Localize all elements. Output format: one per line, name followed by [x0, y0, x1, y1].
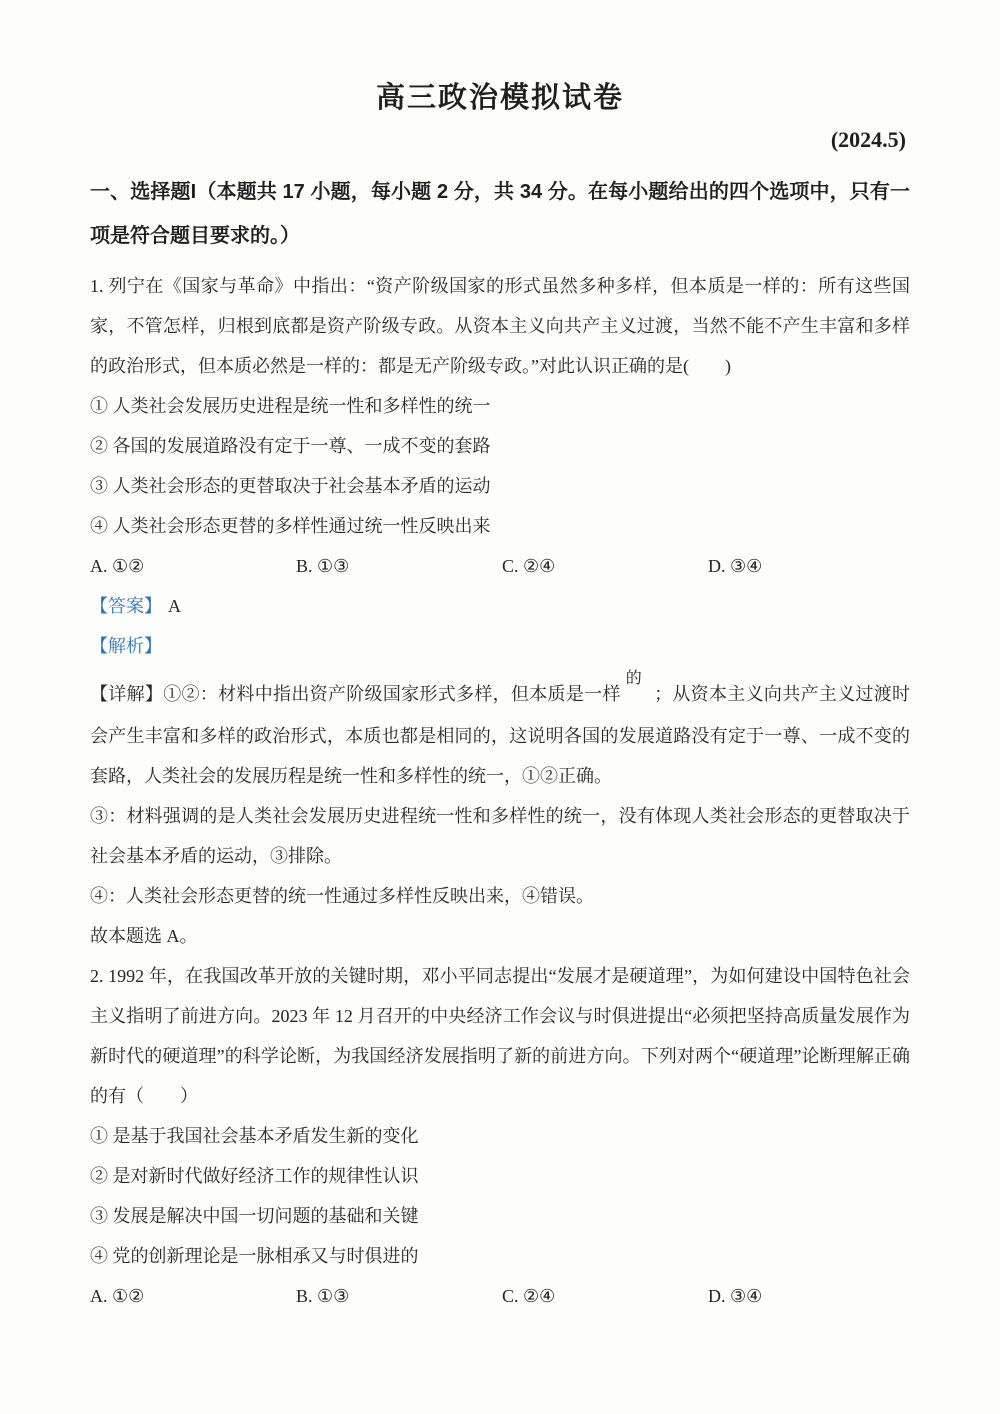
question-1-conclusion: 故本题选 A。 — [90, 916, 910, 956]
question-2-choices-row: A. ①② B. ①③ C. ②④ D. ③④ — [90, 1276, 910, 1316]
question-2-choice-a: A. ①② — [90, 1276, 296, 1316]
question-1-analysis-line: 【解析】 — [90, 626, 910, 666]
question-2: 2. 1992 年，在我国改革开放的关键时期，邓小平同志提出“发展才是硬道理”，… — [90, 956, 910, 1316]
question-1-choice-a: A. ①② — [90, 546, 296, 586]
answer-value: A — [168, 596, 181, 616]
explanation-text-before: 【详解】①②：材料中指出资产阶级国家形式多样，但本质是一样 — [90, 684, 621, 704]
question-1-explanation-point-4: ④：人类社会形态更替的统一性通过多样性反映出来，④错误。 — [90, 876, 910, 916]
question-2-stem: 2. 1992 年，在我国改革开放的关键时期，邓小平同志提出“发展才是硬道理”，… — [90, 956, 910, 1116]
question-2-option-3: ③ 发展是解决中国一切问题的基础和关键 — [90, 1196, 910, 1236]
analysis-label: 【解析】 — [90, 636, 162, 656]
question-1-choices-row: A. ①② B. ①③ C. ②④ D. ③④ — [90, 546, 910, 586]
question-2-choice-d: D. ③④ — [708, 1276, 910, 1316]
question-1-option-3: ③ 人类社会形态的更替取决于社会基本矛盾的运动 — [90, 466, 910, 506]
question-1-explanation-main: 【详解】①②：材料中指出资产阶级国家形式多样，但本质是一样的；从资本主义向共产主… — [90, 674, 910, 796]
question-1-choice-b: B. ①③ — [296, 546, 502, 586]
question-1-answer-line: 【答案】A — [90, 586, 910, 626]
question-1-option-2: ② 各国的发展道路没有定于一尊、一成不变的套路 — [90, 426, 910, 466]
question-1: 1. 列宁在《国家与革命》中指出：“资产阶级国家的形式虽然多种多样，但本质是一样… — [90, 266, 910, 956]
question-1-choice-d: D. ③④ — [708, 546, 910, 586]
question-2-choice-c: C. ②④ — [502, 1276, 708, 1316]
document-title: 高三政治模拟试卷 — [90, 80, 910, 116]
document-date: (2024.5) — [90, 126, 910, 154]
question-1-option-1: ① 人类社会发展历史进程是统一性和多样性的统一 — [90, 386, 910, 426]
question-1-choice-c: C. ②④ — [502, 546, 708, 586]
question-2-option-4: ④ 党的创新理论是一脉相承又与时俱进的 — [90, 1236, 910, 1276]
question-1-stem: 1. 列宁在《国家与革命》中指出：“资产阶级国家的形式虽然多种多样，但本质是一样… — [90, 266, 910, 386]
question-1-explanation-point-3: ③：材料强调的是人类社会发展历史进程统一性和多样性的统一，没有体现人类社会形态的… — [90, 796, 910, 876]
question-2-option-2: ② 是对新时代做好经济工作的规律性认识 — [90, 1156, 910, 1196]
question-2-choice-b: B. ①③ — [296, 1276, 502, 1316]
question-1-option-4: ④ 人类社会形态更替的多样性通过统一性反映出来 — [90, 506, 910, 546]
question-2-option-1: ① 是基于我国社会基本矛盾发生新的变化 — [90, 1116, 910, 1156]
answer-label: 【答案】 — [90, 596, 162, 616]
section-heading: 一、选择题I（本题共 17 小题，每小题 2 分，共 34 分。在每小题给出的四… — [90, 170, 910, 258]
explanation-superscript: 的 — [626, 670, 642, 687]
exam-document-page: 高三政治模拟试卷 (2024.5) 一、选择题I（本题共 17 小题，每小题 2… — [0, 0, 1000, 1414]
